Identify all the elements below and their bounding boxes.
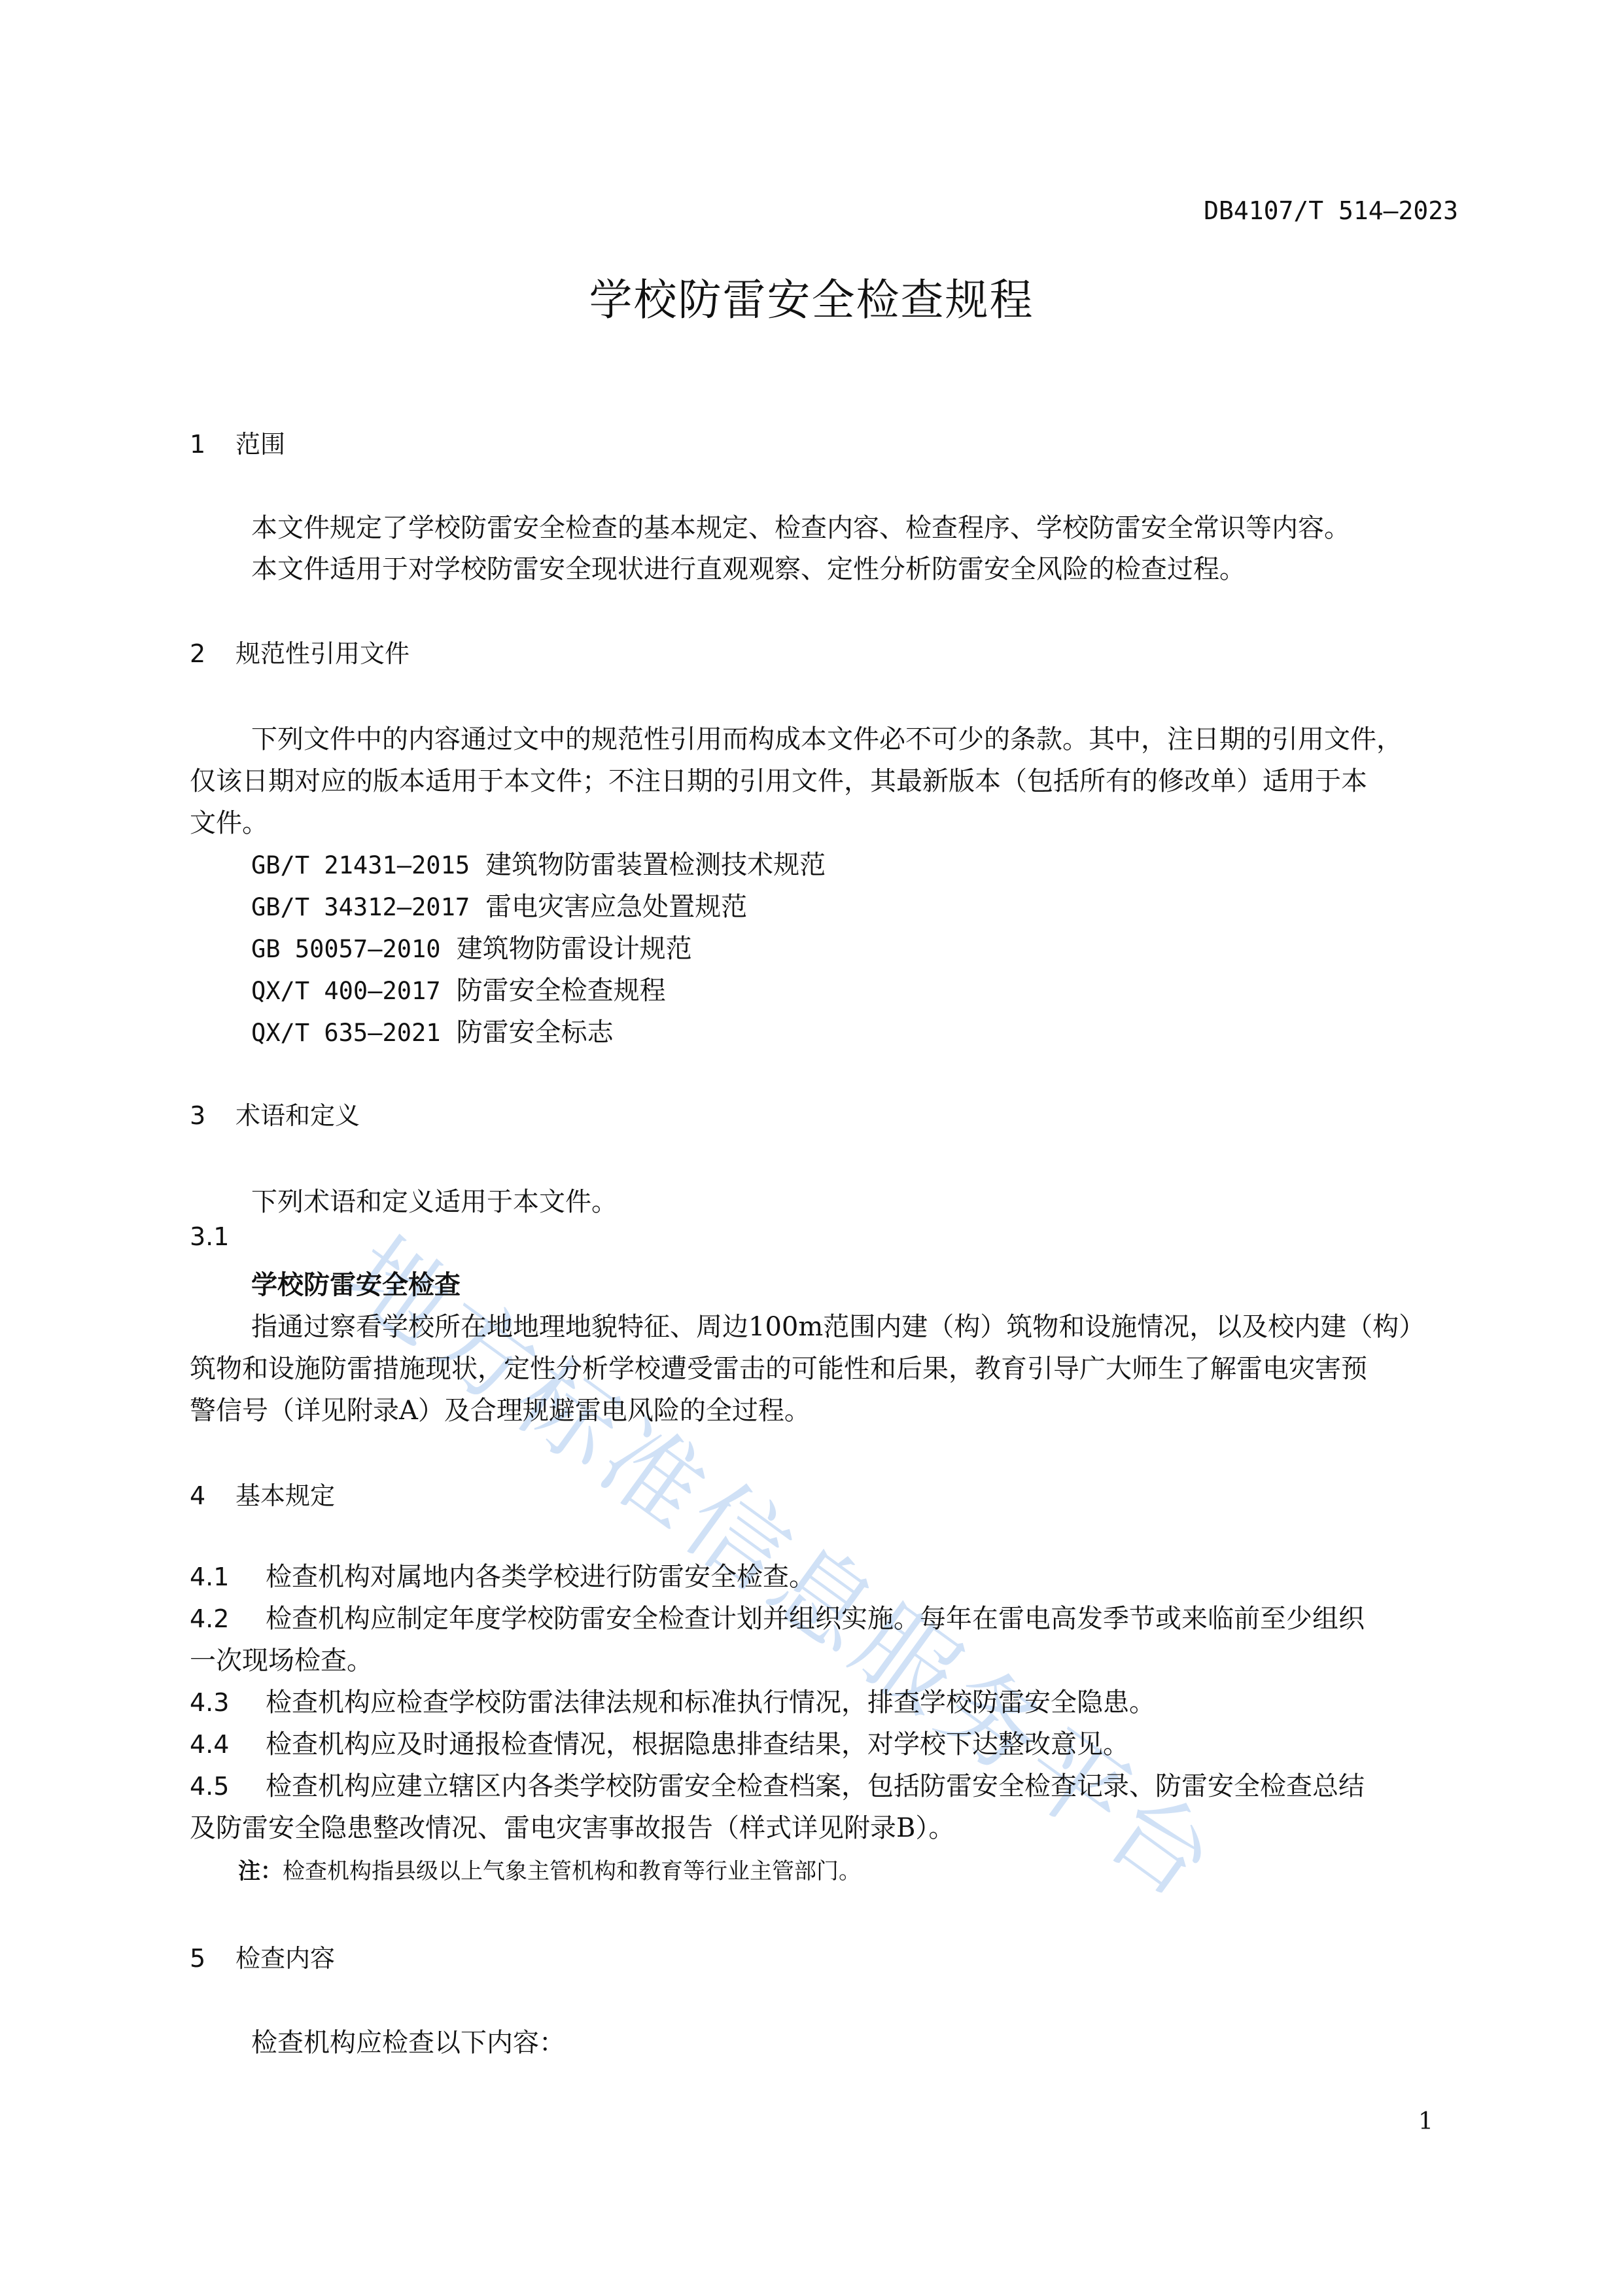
section-title: 基本规定 bbox=[236, 1481, 335, 1510]
clause-4-1: 4.1检查机构对属地内各类学校进行防雷安全检查。 bbox=[190, 1556, 1473, 1598]
clause-text: 检查机构应制定年度学校防雷安全检查计划并组织实施。每年在雷电高发季节或来临前至少… bbox=[266, 1604, 1365, 1634]
section-number: 2 bbox=[190, 639, 236, 668]
section-number: 1 bbox=[190, 430, 236, 459]
reference-item: QX/T 400—2017防雷安全检查规程 bbox=[251, 970, 666, 1007]
paragraph-line: 仅该日期对应的版本适用于本文件；不注日期的引用文件，其最新版本（包括所有的修改单… bbox=[190, 760, 1367, 798]
term-definition-line: 指通过察看学校所在地地理地貌特征、周边100m范围内建（构）筑物和设施情况，以及… bbox=[251, 1306, 1425, 1343]
clause-4-2: 4.2检查机构应制定年度学校防雷安全检查计划并组织实施。每年在雷电高发季节或来临… bbox=[190, 1598, 1473, 1640]
section-heading-terms: 3术语和定义 bbox=[190, 1095, 360, 1131]
clause-number: 4.3 bbox=[190, 1682, 266, 1723]
reference-name: 建筑物防雷装置检测技术规范 bbox=[485, 850, 826, 880]
clause-4-5: 4.5检查机构应建立辖区内各类学校防雷安全检查档案，包括防雷安全检查记录、防雷安… bbox=[190, 1765, 1473, 1807]
reference-code: QX/T 400—2017 bbox=[251, 977, 441, 1005]
term-name: 学校防雷安全检查 bbox=[251, 1264, 461, 1301]
page-number: 1 bbox=[1418, 2108, 1433, 2135]
note: 注：检查机构指县级以上气象主管机构和教育等行业主管部门。 bbox=[238, 1853, 861, 1885]
clause-text: 检查机构应建立辖区内各类学校防雷安全检查档案，包括防雷安全检查记录、防雷安全检查… bbox=[266, 1771, 1365, 1801]
section-title: 检查内容 bbox=[236, 1944, 335, 1973]
paragraph-line: 文件。 bbox=[190, 802, 268, 839]
reference-item: GB 50057—2010建筑物防雷设计规范 bbox=[251, 928, 692, 965]
reference-item: QX/T 635—2021防雷安全标志 bbox=[251, 1012, 614, 1049]
section-title: 规范性引用文件 bbox=[236, 639, 410, 668]
clause-text: 检查机构应检查学校防雷法律法规和标准执行情况，排查学校防雷安全隐患。 bbox=[266, 1687, 1155, 1718]
paragraph: 检查机构应检查以下内容： bbox=[251, 2022, 565, 2059]
paragraph: 本文件适用于对学校防雷安全现状进行直观观察、定性分析防雷安全风险的检查过程。 bbox=[251, 548, 1246, 586]
term-number: 3.1 bbox=[190, 1222, 229, 1251]
clause-number: 4.1 bbox=[190, 1556, 266, 1598]
reference-name: 防雷安全标志 bbox=[457, 1017, 614, 1048]
reference-code: GB/T 34312—2017 bbox=[251, 893, 470, 921]
term-definition-line: 筑物和设施防雷措施现状，定性分析学校遭受雷击的可能性和后果，教育引导广大师生了解… bbox=[190, 1348, 1367, 1385]
term-definition-line: 警信号（详见附录A）及合理规避雷电风险的全过程。 bbox=[190, 1390, 811, 1427]
clause-text: 检查机构应及时通报检查情况，根据隐患排查结果，对学校下达整改意见。 bbox=[266, 1729, 1129, 1759]
section-heading-inspection-content: 5检查内容 bbox=[190, 1938, 335, 1974]
section-number: 4 bbox=[190, 1481, 236, 1510]
section-title: 范围 bbox=[236, 430, 285, 459]
clause-4-3: 4.3检查机构应检查学校防雷法律法规和标准执行情况，排查学校防雷安全隐患。 bbox=[190, 1682, 1473, 1723]
reference-item: GB/T 21431—2015建筑物防雷装置检测技术规范 bbox=[251, 844, 826, 881]
note-text: 检查机构指县级以上气象主管机构和教育等行业主管部门。 bbox=[283, 1858, 861, 1884]
clause-number: 4.2 bbox=[190, 1598, 266, 1640]
clause-number: 4.4 bbox=[190, 1723, 266, 1765]
section-heading-scope: 1范围 bbox=[190, 424, 285, 460]
reference-item: GB/T 34312—2017雷电灾害应急处置规范 bbox=[251, 886, 747, 923]
clause-4-4: 4.4检查机构应及时通报检查情况，根据隐患排查结果，对学校下达整改意见。 bbox=[190, 1723, 1473, 1765]
clause-text-continued: 及防雷安全隐患整改情况、雷电灾害事故报告（样式详见附录B）。 bbox=[190, 1807, 954, 1845]
section-number: 5 bbox=[190, 1944, 236, 1973]
paragraph-line: 下列文件中的内容通过文中的规范性引用而构成本文件必不可少的条款。其中，注日期的引… bbox=[251, 718, 1403, 756]
clause-text-continued: 一次现场检查。 bbox=[190, 1640, 373, 1677]
section-heading-normative-references: 2规范性引用文件 bbox=[190, 633, 410, 669]
section-number: 3 bbox=[190, 1101, 236, 1130]
note-label: 注： bbox=[238, 1858, 283, 1884]
reference-name: 建筑物防雷设计规范 bbox=[457, 934, 692, 964]
clause-number: 4.5 bbox=[190, 1765, 266, 1807]
reference-code: GB/T 21431—2015 bbox=[251, 851, 470, 879]
reference-code: GB 50057—2010 bbox=[251, 935, 441, 963]
clause-text: 检查机构对属地内各类学校进行防雷安全检查。 bbox=[266, 1562, 815, 1592]
reference-name: 防雷安全检查规程 bbox=[457, 976, 666, 1006]
reference-name: 雷电灾害应急处置规范 bbox=[485, 892, 747, 922]
reference-code: QX/T 635—2021 bbox=[251, 1019, 441, 1047]
section-heading-basic-provisions: 4基本规定 bbox=[190, 1475, 335, 1511]
standard-code: DB4107/T 514—2023 bbox=[1204, 196, 1458, 225]
paragraph: 本文件规定了学校防雷安全检查的基本规定、检查内容、检查程序、学校防雷安全常识等内… bbox=[251, 507, 1350, 544]
document-title: 学校防雷安全检查规程 bbox=[0, 265, 1623, 327]
section-title: 术语和定义 bbox=[236, 1101, 360, 1130]
document-page: 地方标准信息服务平台 DB4107/T 514—2023 学校防雷安全检查规程 … bbox=[0, 0, 1623, 2296]
paragraph: 下列术语和定义适用于本文件。 bbox=[251, 1181, 618, 1218]
